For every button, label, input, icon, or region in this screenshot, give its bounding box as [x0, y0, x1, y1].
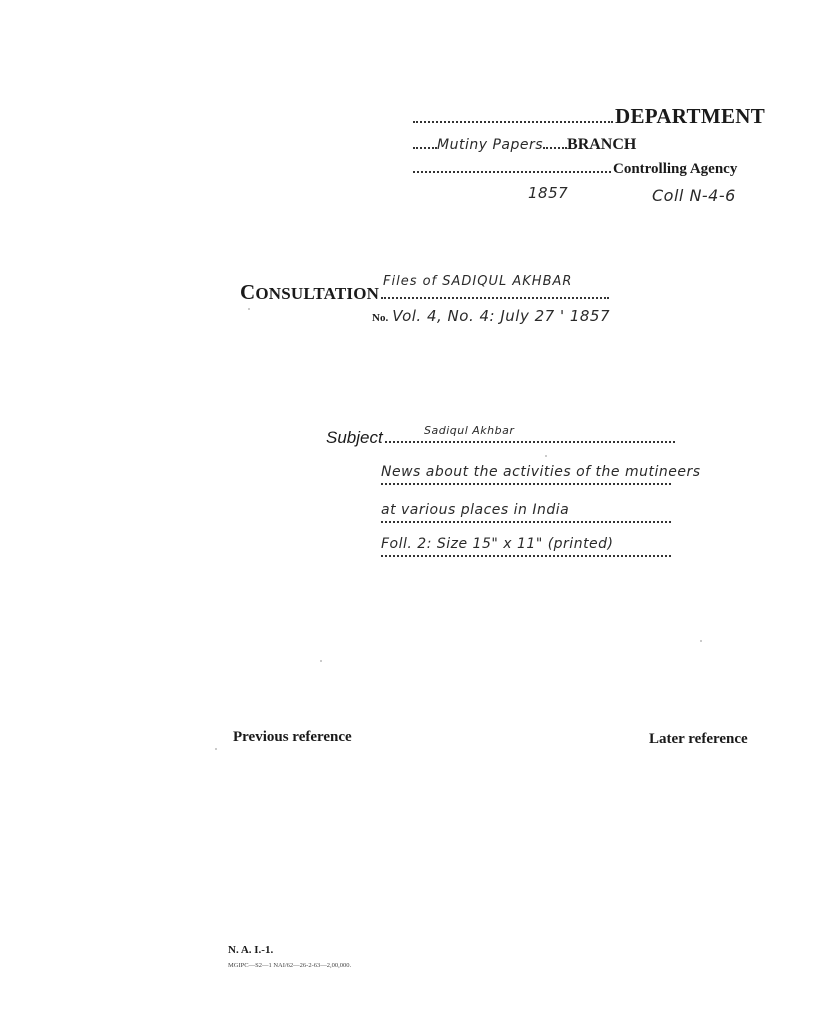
branch-dotted-line-2: [543, 147, 567, 149]
year-annotation: 1857: [528, 184, 568, 202]
department-field: DEPARTMENT: [413, 104, 765, 129]
scan-speck: [545, 455, 547, 457]
subject-dotted-line: [385, 441, 675, 443]
controlling-agency-label: Controlling Agency: [613, 161, 737, 177]
consultation-number-field: No. Vol. 4, No. 4: July 27 ' 1857: [372, 307, 610, 326]
consultation-label-rest: ONSULTATION: [255, 284, 379, 303]
form-identifier: N. A. I.-1.: [228, 944, 273, 956]
consultation-label-initial: C: [240, 280, 255, 304]
department-dotted-line: [413, 121, 613, 123]
collection-annotation: Coll N-4-6: [652, 186, 736, 205]
scan-speck: [700, 640, 702, 642]
subject-line-text: at various places in India: [381, 502, 569, 518]
branch-field: Mutiny PapersBRANCH: [413, 136, 636, 154]
branch-value: Mutiny Papers: [437, 137, 543, 153]
subject-value: Sadiqul Akhbar: [424, 424, 514, 437]
previous-reference-label: Previous reference: [233, 729, 352, 746]
branch-label: BRANCH: [567, 136, 636, 153]
subject-label: Subject: [326, 428, 383, 447]
consultation-label: CONSULTATION: [240, 284, 379, 303]
later-reference-label: Later reference: [649, 731, 748, 748]
consultation-value: Files of SADIQUL AKHBAR: [383, 274, 572, 289]
subject-line-dots: [381, 483, 671, 485]
subject-field: Subject Sadiqul Akhbar: [326, 428, 675, 448]
subject-line-text: News about the activities of the mutinee…: [381, 464, 701, 480]
subject-line-3: Foll. 2: Size 15" x 11" (printed): [381, 535, 614, 553]
department-label: DEPARTMENT: [615, 104, 765, 128]
scan-speck: [248, 308, 250, 310]
consultation-dotted-line: [381, 297, 609, 299]
number-value: Vol. 4, No. 4: July 27 ' 1857: [392, 307, 610, 325]
controlling-agency-field: Controlling Agency: [413, 160, 737, 178]
subject-line-dots: [381, 521, 671, 523]
print-note: MGIPC—S2—1 NAI/62—26-2-63—2,00,000.: [228, 962, 351, 969]
subject-line-dots: [381, 555, 671, 557]
scan-speck: [215, 748, 217, 750]
subject-line-text: Foll. 2: Size 15" x 11" (printed): [381, 536, 614, 552]
subject-line-2: at various places in India: [381, 501, 569, 519]
number-label: No.: [372, 312, 388, 324]
branch-dotted-line: [413, 147, 437, 149]
subject-line-1: News about the activities of the mutinee…: [381, 463, 701, 481]
consultation-field: CONSULTATION Files of SADIQUL AKHBAR: [240, 280, 609, 305]
agency-dotted-line: [413, 171, 611, 173]
scan-speck: [320, 660, 322, 662]
